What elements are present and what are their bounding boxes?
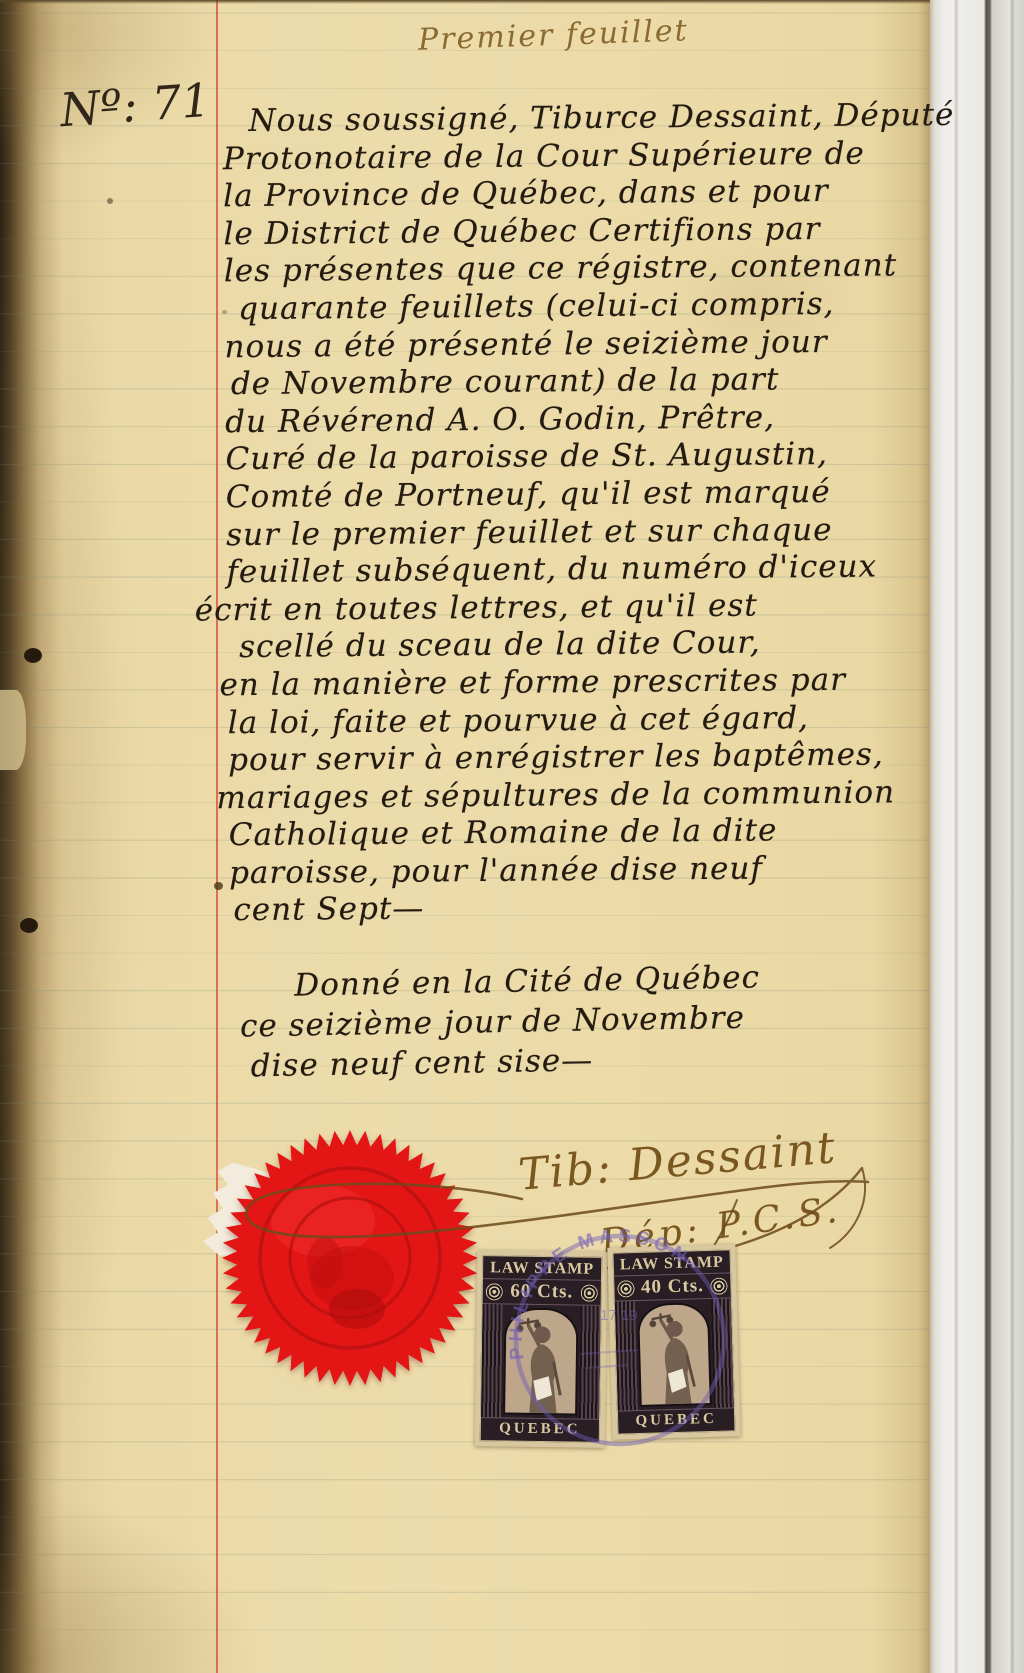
body-line: sur le premier feuillet et sur chaque xyxy=(226,510,958,554)
body-line: nous a été présenté le seizième jour xyxy=(224,322,956,366)
punch-hole xyxy=(20,918,38,933)
body-line: Nous soussigné, Tiburce Dessaint, Député xyxy=(248,97,954,141)
body-line: cent Sept— xyxy=(233,886,961,930)
body-line: Curé de la paroisse de St. Augustin, xyxy=(225,435,957,479)
body-line: la Province de Québec, dans et pour xyxy=(223,172,955,216)
body-line: du Révérend A. O. Godin, Prêtre, xyxy=(225,398,957,442)
body-line: pour servir à enrégistrer les baptêmes, xyxy=(228,736,960,780)
wax-seal xyxy=(205,1113,495,1403)
body-line: Protonotaire de la Cour Supérieure de xyxy=(223,134,955,178)
punch-hole xyxy=(24,648,42,663)
rubber-stamp-date: 17 19 xyxy=(600,1307,638,1324)
body-line: la loi, faite et pourvue à cet égard, xyxy=(228,698,960,742)
red-margin-line xyxy=(216,0,218,1673)
body-line: mariages et sépultures de la communion xyxy=(216,773,960,817)
scanned-register-page: Premier feuillet Nº: 71 Nous soussigné, … xyxy=(0,0,1024,1673)
folio-number: Nº: 71 xyxy=(58,73,212,137)
body-line: quarante feuillets (celui-ci compris, xyxy=(238,285,956,329)
body-line: de Novembre courant) de la part xyxy=(231,360,957,404)
body-line: paroisse, pour l'année dise neuf xyxy=(229,849,961,893)
body-line: en la manière et forme prescrites par xyxy=(219,661,959,705)
body-text: Nous soussigné, Tiburce Dessaint, Député… xyxy=(222,97,961,930)
ink-speck xyxy=(214,882,223,890)
body-line: le District de Québec Certifions par xyxy=(223,210,955,254)
body-line: scellé du sceau de la dite Cour, xyxy=(239,623,959,667)
ink-speck xyxy=(107,198,113,204)
body-line: les présentes que ce régistre, contenant xyxy=(224,247,956,291)
closing-text: Donné en la Cité de Québec ce seizième j… xyxy=(239,957,762,1086)
page-top-edge xyxy=(0,0,930,4)
edge-wear-chip xyxy=(0,690,26,770)
body-line: Catholique et Romaine de la dite xyxy=(229,811,961,855)
body-line: Comté de Portneuf, qu'il est marqué xyxy=(226,473,958,517)
body-line: feuillet subséquent, du numéro d'iceux xyxy=(226,548,958,592)
